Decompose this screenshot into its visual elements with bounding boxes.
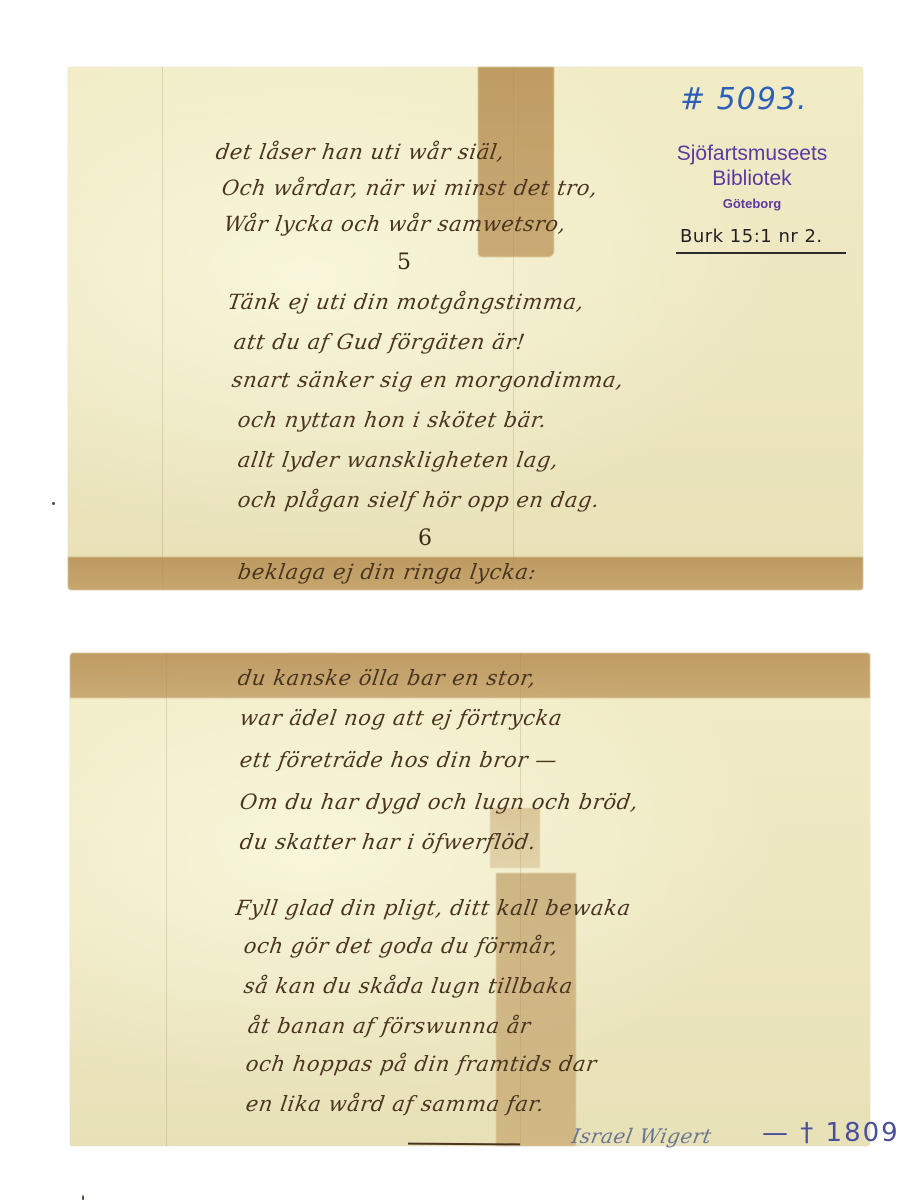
- author-signature: Israel Wigert: [570, 1124, 714, 1148]
- paper-fold-line: [162, 67, 163, 590]
- poem-line: så kan du skåda lugn tillbaka: [242, 974, 574, 998]
- poem-line: att du af Gud förgäten är!: [232, 330, 527, 354]
- poem-line: war ädel nog att ej förtrycka: [238, 706, 564, 730]
- poem-line: Wår lycka och wår samwetsro,: [222, 212, 567, 236]
- poem-line: du skatter har i öfwerflöd.: [238, 830, 538, 854]
- poem-line: och plågan sielf hör opp en dag.: [236, 488, 601, 512]
- library-stamp-library: Bibliotek: [652, 167, 852, 191]
- stanza-number: 5: [397, 250, 411, 275]
- poem-line: Om du har dygd och lugn och bröd,: [238, 790, 640, 814]
- poem-line: beklaga ej din ringa lycka:: [236, 560, 538, 584]
- accession-number: # 5093.: [680, 82, 808, 117]
- poem-line: en lika wård af samma far.: [244, 1092, 546, 1116]
- library-stamp-name: Sjöfartsmuseets: [652, 142, 852, 166]
- library-stamp-city: Göteborg: [652, 196, 852, 211]
- poem-line: Fyll glad din pligt, ditt kall bewaka: [234, 896, 632, 920]
- death-year-annotation: — † 1809: [762, 1118, 900, 1148]
- stanza-number: 6: [418, 526, 432, 551]
- paper-fold-line: [166, 653, 167, 1146]
- scan-speck: [82, 1195, 84, 1200]
- shelfmark: Burk 15:1 nr 2.: [680, 226, 823, 247]
- poem-line: snart sänker sig en morgondimma,: [230, 368, 625, 392]
- scan-speck: [52, 502, 55, 505]
- poem-line: Och wårdar, när wi minst det tro,: [220, 176, 599, 200]
- poem-line: och gör det goda du förmår,: [242, 934, 560, 958]
- poem-line: ett företräde hos din bror —: [238, 748, 558, 772]
- shelfmark-underline: [676, 252, 846, 254]
- poem-line: och hoppas på din framtids dar: [244, 1052, 598, 1076]
- poem-line: det låser han uti wår siäl,: [214, 140, 506, 164]
- poem-line: och nyttan hon i skötet bär.: [236, 408, 548, 432]
- poem-line: åt banan af förswunna år: [246, 1014, 532, 1038]
- poem-line: Tänk ej uti din motgångstimma,: [226, 290, 585, 314]
- poem-line: allt lyder wanskligheten lag,: [236, 448, 560, 472]
- poem-line: du kanske ölla bar en stor,: [236, 666, 537, 690]
